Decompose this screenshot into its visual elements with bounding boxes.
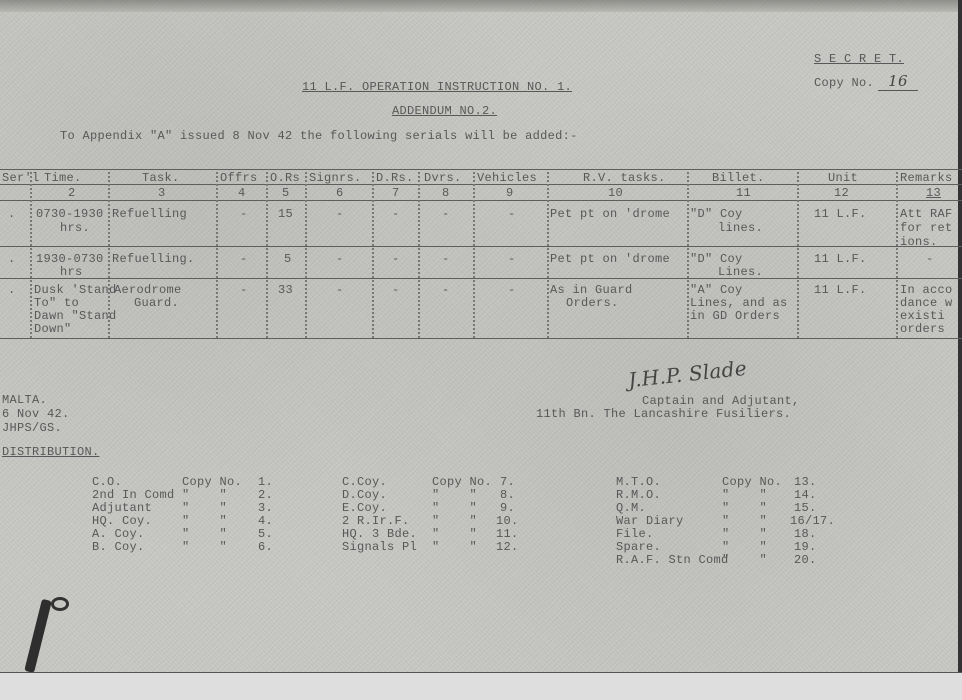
- scan-bottom-margin: [0, 672, 962, 700]
- dist-copy: Copy No.: [432, 475, 492, 489]
- col-sep: [473, 172, 475, 338]
- row3-remarks-line3: existi: [900, 309, 945, 323]
- dist-name: M.T.O.: [616, 475, 661, 489]
- signatory-title: Captain and Adjutant,: [642, 394, 800, 408]
- col-num: 9: [506, 186, 514, 200]
- row2-serial: .: [8, 252, 16, 266]
- dist-no: 7.: [500, 475, 515, 489]
- scan-top-edge: [0, 0, 962, 12]
- dist-copy: " ": [182, 501, 227, 515]
- row3-task-line1: Aerodrome: [114, 283, 182, 297]
- col-sep: [418, 172, 420, 338]
- col-num: 10: [608, 186, 623, 200]
- dist-no: 20.: [794, 553, 817, 567]
- col-sep: [30, 172, 32, 338]
- row1-time-line2: hrs.: [60, 221, 90, 235]
- row3-ors: 33: [278, 283, 293, 297]
- intro-text: To Appendix "A" issued 8 Nov 42 the foll…: [60, 129, 578, 143]
- dist-no: 3.: [258, 501, 273, 515]
- dist-name: C.O.: [92, 475, 122, 489]
- col-header-rv-tasks: R.V. tasks.: [583, 171, 666, 185]
- row2-drs: -: [392, 252, 400, 266]
- binder-clip-ring-icon: [51, 597, 69, 611]
- dist-copy: " ": [722, 553, 767, 567]
- row2-ors: 5: [284, 252, 292, 266]
- row1-vehicles: -: [508, 207, 516, 221]
- header-bottom-rule: [0, 200, 962, 201]
- row3-billet-line2: Lines, and as: [690, 296, 788, 310]
- dist-copy: Copy No.: [722, 475, 782, 489]
- copy-number-value: 16: [878, 72, 918, 91]
- col-header-time: Time.: [44, 171, 82, 185]
- row2-time-line2: hrs: [60, 265, 83, 279]
- col-num: 4: [238, 186, 246, 200]
- row2-billet-line2: Lines.: [718, 265, 763, 279]
- dist-no: 12.: [496, 540, 519, 554]
- row1-unit: 11 L.F.: [814, 207, 867, 221]
- row1-remarks-line3: ions.: [900, 235, 938, 249]
- col-sep: [797, 172, 799, 338]
- dist-name: War Diary: [616, 514, 684, 528]
- row1-ors: 15: [278, 207, 293, 221]
- dist-copy: " ": [722, 514, 767, 528]
- dist-name: Spare.: [616, 540, 661, 554]
- document-subtitle: ADDENDUM NO.2.: [392, 104, 497, 118]
- row3-time-line3: Dawn "Stand: [34, 309, 117, 323]
- dist-name: File.: [616, 527, 654, 541]
- binder-clip-icon: [24, 599, 52, 673]
- row-divider-1: [0, 246, 962, 247]
- dist-copy: " ": [432, 488, 477, 502]
- row1-serial: .: [8, 207, 16, 221]
- dist-name: 2nd In Comd: [92, 488, 175, 502]
- scan-right-edge: [958, 0, 962, 672]
- dist-no: 2.: [258, 488, 273, 502]
- row2-time-line1: 1930-0730: [36, 252, 104, 266]
- dist-name: B. Coy.: [92, 540, 145, 554]
- dist-name: R.A.F. Stn Comd: [616, 553, 729, 567]
- row3-remarks-line2: dance w: [900, 296, 953, 310]
- col-header-offrs: Offrs: [220, 171, 258, 185]
- row2-task: Refuelling.: [112, 252, 195, 266]
- row1-billet-line2: lines.: [718, 221, 763, 235]
- dist-copy: Copy No.: [182, 475, 242, 489]
- dist-copy: " ": [432, 527, 477, 541]
- row1-time-line1: 0730-1930: [36, 207, 104, 221]
- col-header-dvrs: Dvrs.: [424, 171, 462, 185]
- dist-no: 13.: [794, 475, 817, 489]
- row3-remarks-line4: orders: [900, 322, 945, 336]
- dist-name: HQ. 3 Bde.: [342, 527, 417, 541]
- dist-copy: " ": [182, 540, 227, 554]
- row3-offrs: -: [240, 283, 248, 297]
- col-sep: [372, 172, 374, 338]
- dist-copy: " ": [432, 540, 477, 554]
- distribution-heading: DISTRIBUTION.: [2, 445, 100, 459]
- dist-no: 6.: [258, 540, 273, 554]
- row2-unit: 11 L.F.: [814, 252, 867, 266]
- row3-billet-line1: "A" Coy: [690, 283, 743, 297]
- copy-number-label: Copy No.: [814, 76, 874, 90]
- dist-no: 15.: [794, 501, 817, 515]
- dist-copy: " ": [182, 514, 227, 528]
- col-num: 8: [442, 186, 450, 200]
- row3-rv-tasks-line1: As in Guard: [550, 283, 633, 297]
- row1-rv-tasks: Pet pt on 'drome: [550, 207, 670, 221]
- row3-drs: -: [392, 283, 400, 297]
- col-header-vehicles: Vehicles: [477, 171, 537, 185]
- row3-dvrs: -: [442, 283, 450, 297]
- row1-billet-line1: "D" Coy: [690, 207, 743, 221]
- row3-time-line2: To" to: [34, 296, 79, 310]
- dist-no: 14.: [794, 488, 817, 502]
- row2-rv-tasks: Pet pt on 'drome: [550, 252, 670, 266]
- dist-no: 8.: [500, 488, 515, 502]
- dist-copy: " ": [722, 527, 767, 541]
- dist-name: HQ. Coy.: [92, 514, 152, 528]
- col-num: 13: [926, 186, 941, 200]
- col-num: 7: [392, 186, 400, 200]
- row1-signrs: -: [336, 207, 344, 221]
- dist-no: 10.: [496, 514, 519, 528]
- dist-name: C.Coy.: [342, 475, 387, 489]
- dist-name: Q.M.: [616, 501, 646, 515]
- dist-no: 4.: [258, 514, 273, 528]
- dist-no: 1.: [258, 475, 273, 489]
- row3-time-line1: Dusk 'Stand: [34, 283, 117, 297]
- col-sep: [216, 172, 218, 338]
- table-top-rule: [0, 169, 962, 170]
- col-num: 12: [834, 186, 849, 200]
- col-header-task: Task.: [142, 171, 180, 185]
- col-num: 6: [336, 186, 344, 200]
- col-num: 5: [282, 186, 290, 200]
- row1-drs: -: [392, 207, 400, 221]
- col-header-billet: Billet.: [712, 171, 765, 185]
- reference: JHPS/GS.: [2, 421, 62, 435]
- dist-name: D.Coy.: [342, 488, 387, 502]
- table-bottom-rule: [0, 338, 962, 339]
- row2-billet-line1: "D" Coy: [690, 252, 743, 266]
- dist-name: 2 R.Ir.F.: [342, 514, 410, 528]
- dist-copy: " ": [722, 501, 767, 515]
- row2-signrs: -: [336, 252, 344, 266]
- row-divider-2: [0, 278, 962, 279]
- row3-unit: 11 L.F.: [814, 283, 867, 297]
- row1-remarks-line1: Att RAF: [900, 207, 953, 221]
- dist-no: 5.: [258, 527, 273, 541]
- row2-remarks: -: [926, 252, 934, 266]
- col-header-drs: D.Rs.: [376, 171, 414, 185]
- dist-copy: " ": [182, 527, 227, 541]
- dist-copy: " ": [722, 540, 767, 554]
- row3-remarks-line1: In acco: [900, 283, 953, 297]
- dist-no: 11.: [496, 527, 519, 541]
- signatory-unit: 11th Bn. The Lancashire Fusiliers.: [536, 407, 791, 421]
- dist-no: 19.: [794, 540, 817, 554]
- dist-copy: " ": [432, 501, 477, 515]
- dist-name: E.Coy.: [342, 501, 387, 515]
- document-title: 11 L.F. OPERATION INSTRUCTION NO. 1.: [302, 80, 572, 94]
- row1-offrs: -: [240, 207, 248, 221]
- row1-remarks-line2: for ret: [900, 221, 953, 235]
- row3-billet-line3: in GD Orders: [690, 309, 780, 323]
- col-header-remarks: Remarks: [900, 171, 953, 185]
- row3-vehicles: -: [508, 283, 516, 297]
- row2-vehicles: -: [508, 252, 516, 266]
- dist-no: 16/17.: [790, 514, 835, 528]
- place: MALTA.: [2, 393, 47, 407]
- col-header-ors: O.Rs: [270, 171, 300, 185]
- col-num: 3: [158, 186, 166, 200]
- row2-dvrs: -: [442, 252, 450, 266]
- dist-copy: " ": [722, 488, 767, 502]
- col-num: 2: [68, 186, 76, 200]
- row3-serial: .: [8, 283, 16, 297]
- row2-offrs: -: [240, 252, 248, 266]
- col-num: 11: [736, 186, 751, 200]
- dist-no: 18.: [794, 527, 817, 541]
- dist-name: A. Coy.: [92, 527, 145, 541]
- col-header-unit: Unit: [828, 171, 858, 185]
- document-page: S E C R E T. Copy No. 16 11 L.F. OPERATI…: [0, 0, 962, 672]
- row1-task: Refuelling: [112, 207, 187, 221]
- col-header-serial: Ser'l: [2, 171, 40, 185]
- dist-name: R.M.O.: [616, 488, 661, 502]
- dist-no: 9.: [500, 501, 515, 515]
- dist-name: Signals Pl: [342, 540, 417, 554]
- col-sep: [896, 172, 898, 338]
- col-sep: [305, 172, 307, 338]
- row1-dvrs: -: [442, 207, 450, 221]
- dist-copy: " ": [182, 488, 227, 502]
- col-header-signrs: Signrs.: [309, 171, 362, 185]
- classification-marking: S E C R E T.: [814, 52, 904, 66]
- col-sep: [687, 172, 689, 338]
- row3-rv-tasks-line2: Orders.: [566, 296, 619, 310]
- row3-task-line2: Guard.: [134, 296, 179, 310]
- col-sep: [547, 172, 549, 338]
- row3-signrs: -: [336, 283, 344, 297]
- col-sep: [266, 172, 268, 338]
- date: 6 Nov 42.: [2, 407, 70, 421]
- signature: J.H.P. Slade: [627, 356, 748, 392]
- dist-name: Adjutant: [92, 501, 152, 515]
- dist-copy: " ": [432, 514, 477, 528]
- row3-time-line4: Down": [34, 322, 72, 336]
